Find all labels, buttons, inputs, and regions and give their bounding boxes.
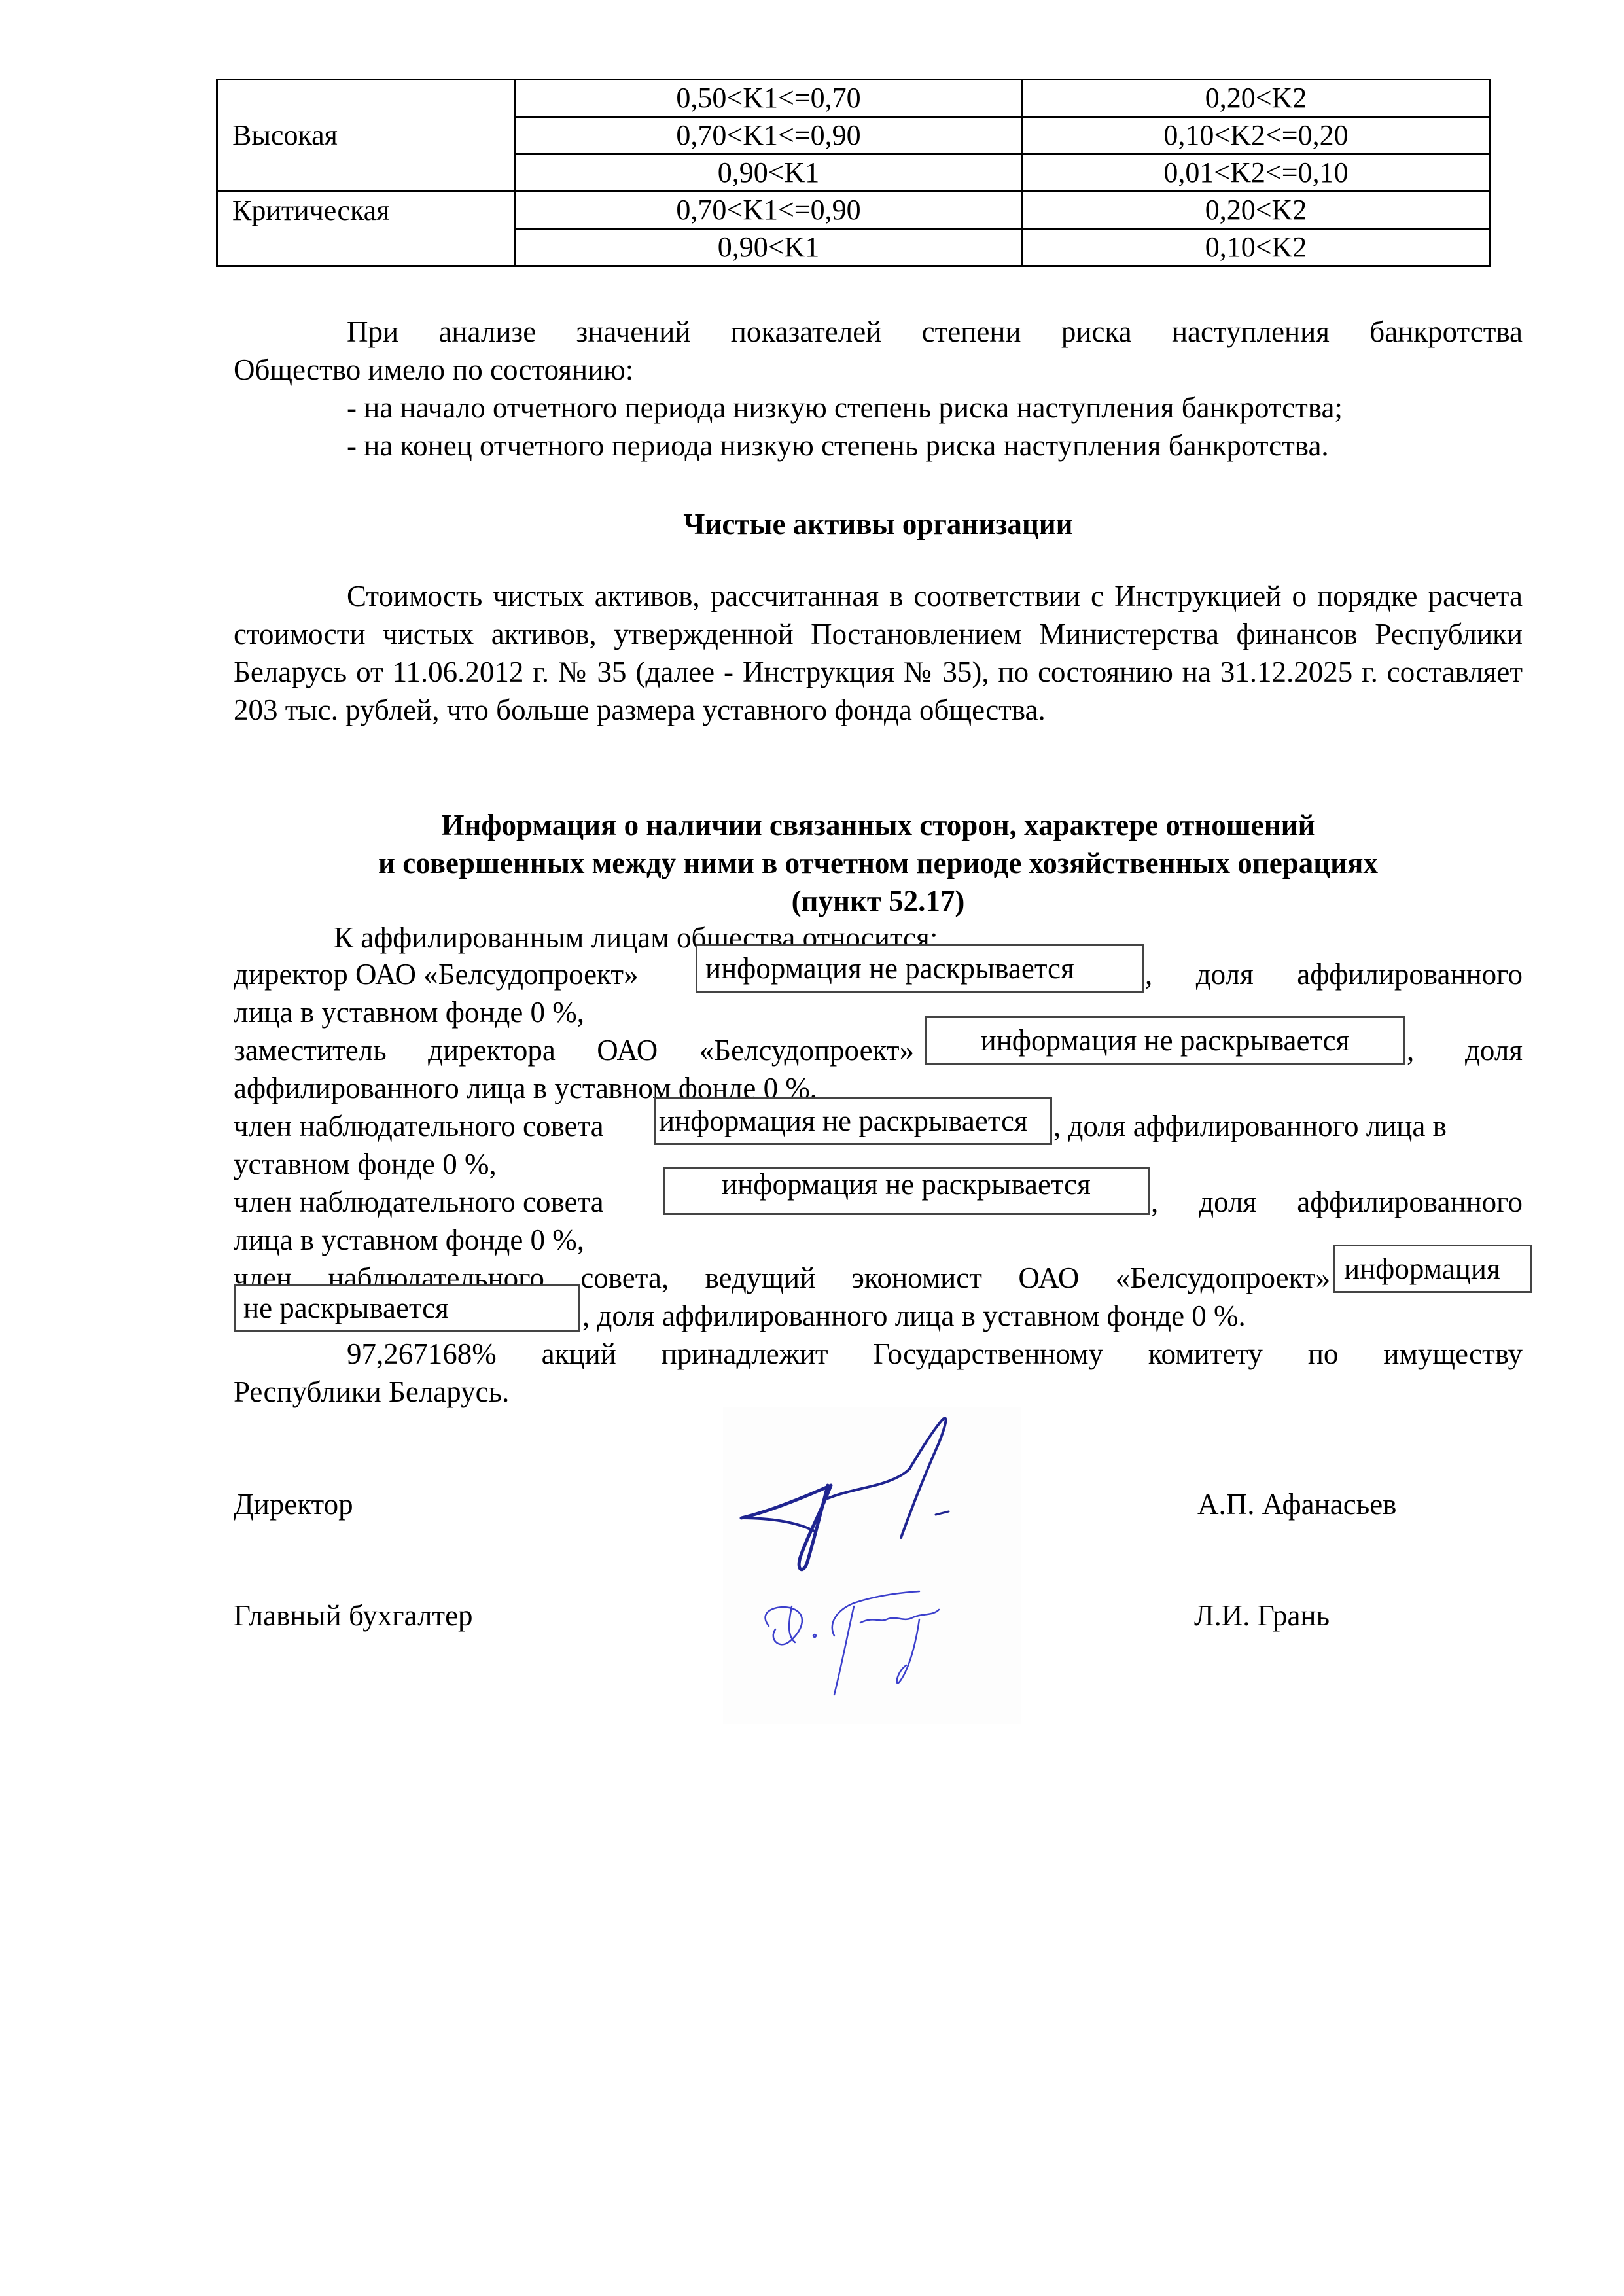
risk-bullet-start: - на начало отчетного периода низкую сте… [347,389,1525,427]
net-assets-heading: Чистые активы организации [234,505,1523,543]
accountant-name: Л.И. Грань [1194,1597,1330,1634]
affiliate-1-share: , доля аффилированного [1145,955,1523,993]
bankruptcy-risk-table: Высокая 0,50<K1<=0,70 0,20<K2 0,70<K1<=0… [216,79,1491,267]
affiliate-4-role: член наблюдательного совета [234,1183,604,1221]
redaction-box-4: информация не раскрывается [663,1167,1150,1215]
risk-level-critical: Критическая [217,192,515,266]
redaction-box-5b: не раскрывается [234,1284,580,1332]
k2-cell: 0,20<K2 [1023,192,1490,229]
k2-cell: 0,10<K2 [1023,229,1490,266]
redacted-text: информация не раскрывается [659,1106,1028,1136]
affiliate-2-role: заместитель директора ОАО «Белсудопроект… [234,1031,914,1069]
k2-cell: 0,01<K2<=0,10 [1023,154,1490,192]
director-title: Директор [234,1485,353,1523]
signature-image [723,1407,1021,1724]
shares-line-1: 97,267168% акций принадлежит Государстве… [234,1335,1523,1373]
affiliate-2-share: , доля [1407,1031,1523,1069]
k1-cell: 0,90<K1 [515,154,1023,192]
director-name: А.П. Афанасьев [1197,1485,1396,1523]
k1-cell: 0,70<K1<=0,90 [515,192,1023,229]
risk-analysis-line1: При анализе значений показателей степени… [234,313,1523,351]
redacted-text: не раскрывается [243,1294,449,1323]
redacted-text: информация [1344,1254,1500,1284]
table-row: Критическая 0,70<K1<=0,90 0,20<K2 [217,192,1490,229]
risk-level-high: Высокая [217,80,515,192]
risk-bullet-end: - на конец отчетного периода низкую степ… [347,427,1525,465]
risk-analysis-line2: Общество имело по состоянию: [234,351,1523,389]
related-parties-heading-2: и совершенных между ними в отчетном пери… [234,844,1523,882]
k2-cell: 0,20<K2 [1023,80,1490,117]
accountant-signature-icon [723,1407,1021,1724]
affiliate-3-role: член наблюдательного совета [234,1107,604,1145]
accountant-title: Главный бухгалтер [234,1597,473,1634]
affiliate-4-share-cont: лица в уставном фонде 0 %, [234,1221,584,1259]
related-parties-heading-1: Информация о наличии связанных сторон, х… [234,806,1523,844]
redaction-box-1: информация не раскрывается [696,944,1144,993]
redacted-text: информация не раскрывается [705,954,1074,983]
k1-cell: 0,90<K1 [515,229,1023,266]
redaction-box-3: информация не раскрывается [654,1097,1052,1145]
net-assets-paragraph: Стоимость чистых активов, рассчитанная в… [234,577,1523,729]
affiliate-5-share: , доля аффилированного лица в уставном ф… [582,1297,1246,1335]
redacted-text: информация не раскрывается [981,1026,1350,1055]
redaction-box-2: информация не раскрывается [925,1016,1405,1065]
affiliate-3-share: , доля аффилированного лица в [1053,1107,1447,1145]
k1-cell: 0,70<K1<=0,90 [515,117,1023,154]
redaction-box-5a: информация [1333,1245,1532,1293]
redacted-text: информация не раскрывается [722,1170,1091,1199]
affiliate-1-role: директор ОАО «Белсудопроект» [234,955,639,993]
document-page: Высокая 0,50<K1<=0,70 0,20<K2 0,70<K1<=0… [0,0,1624,2296]
related-parties-heading-3: (пункт 52.17) [234,882,1523,920]
table-row: Высокая 0,50<K1<=0,70 0,20<K2 [217,80,1490,117]
k1-cell: 0,50<K1<=0,70 [515,80,1023,117]
k2-cell: 0,10<K2<=0,20 [1023,117,1490,154]
affiliate-3-share-cont: уставном фонде 0 %, [234,1145,497,1183]
shares-line-2: Республики Беларусь. [234,1373,1523,1411]
affiliate-4-share: , доля аффилированного [1151,1183,1523,1221]
affiliate-1-share-cont: лица в уставном фонде 0 %, [234,993,584,1031]
